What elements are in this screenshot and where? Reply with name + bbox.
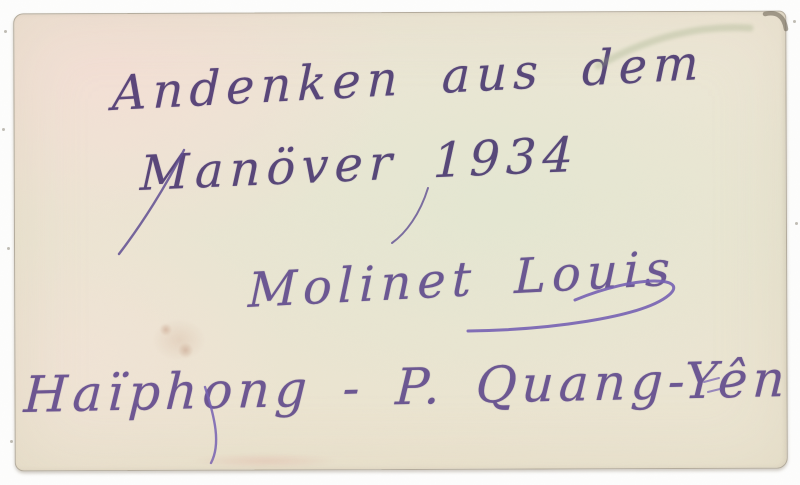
scanned-postcard-image: Andenken aus dem Manöver 1934 Molinet Lo… bbox=[0, 0, 800, 485]
dust-speck bbox=[795, 222, 798, 225]
dust-speck bbox=[4, 30, 7, 33]
postcard-paper bbox=[13, 11, 788, 472]
dust-speck bbox=[793, 20, 796, 23]
dust-speck bbox=[2, 128, 5, 131]
dust-speck bbox=[7, 247, 10, 250]
dust-speck bbox=[10, 440, 13, 443]
